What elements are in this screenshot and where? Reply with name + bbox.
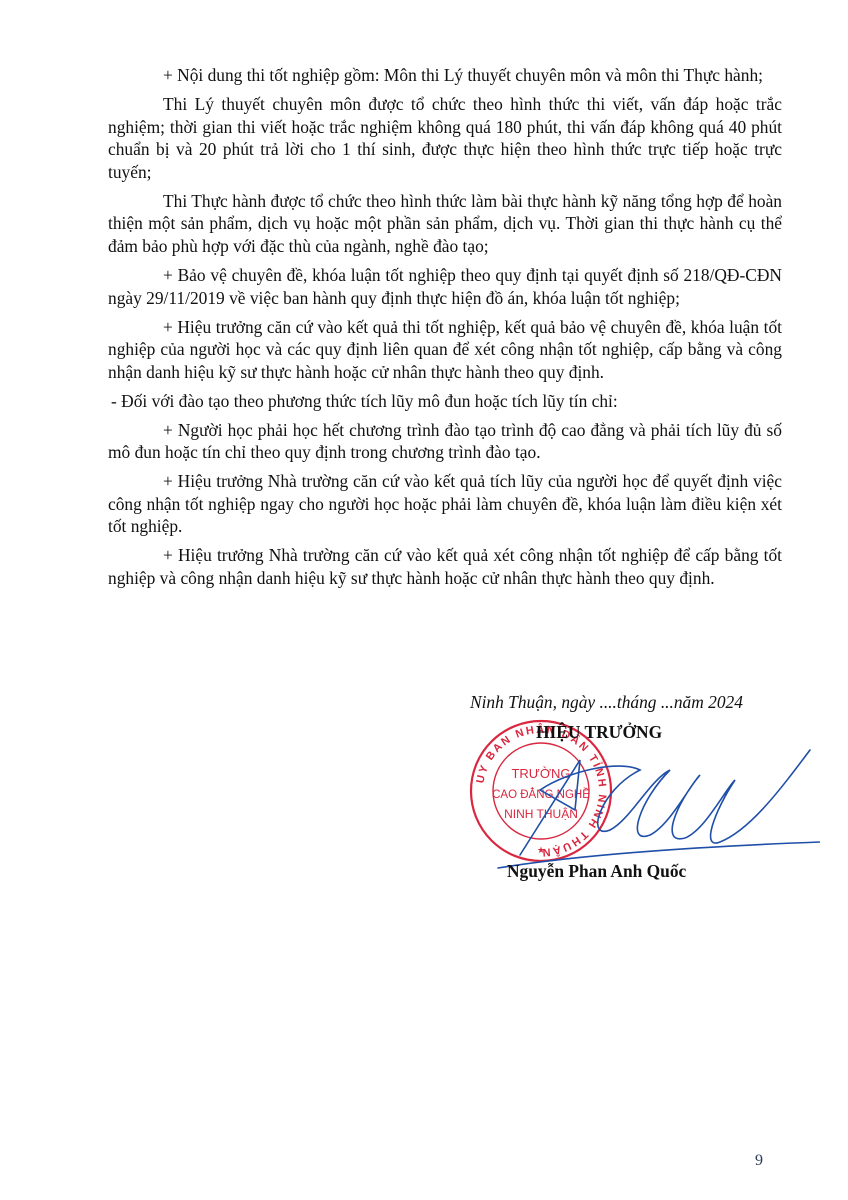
paragraph: Thi Thực hành được tổ chức theo hình thứ… xyxy=(108,190,782,258)
document-page: + Nội dung thi tốt nghiệp gồm: Môn thi L… xyxy=(0,0,848,1200)
body-text: + Nội dung thi tốt nghiệp gồm: Môn thi L… xyxy=(108,64,782,596)
paragraph: - Đối với đào tạo theo phương thức tích … xyxy=(108,390,782,413)
paragraph: Thi Lý thuyết chuyên môn được tổ chức th… xyxy=(108,93,782,183)
place-date: Ninh Thuận, ngày ....tháng ...năm 2024 xyxy=(470,692,770,713)
page-number: 9 xyxy=(755,1152,763,1170)
paragraph: + Hiệu trưởng căn cứ vào kết quả thi tốt… xyxy=(108,316,782,384)
handwritten-signature xyxy=(480,730,820,870)
paragraph: + Người học phải học hết chương trình đà… xyxy=(108,419,782,464)
paragraph: + Hiệu trưởng Nhà trường căn cứ vào kết … xyxy=(108,544,782,589)
paragraph: + Nội dung thi tốt nghiệp gồm: Môn thi L… xyxy=(108,64,782,87)
signer-name: Nguyễn Phan Anh Quốc xyxy=(507,861,686,882)
signer-title: HIỆU TRƯỞNG xyxy=(536,722,662,743)
paragraph: + Hiệu trưởng Nhà trường căn cứ vào kết … xyxy=(108,470,782,538)
paragraph: + Bảo vệ chuyên đề, khóa luận tốt nghiệp… xyxy=(108,264,782,309)
